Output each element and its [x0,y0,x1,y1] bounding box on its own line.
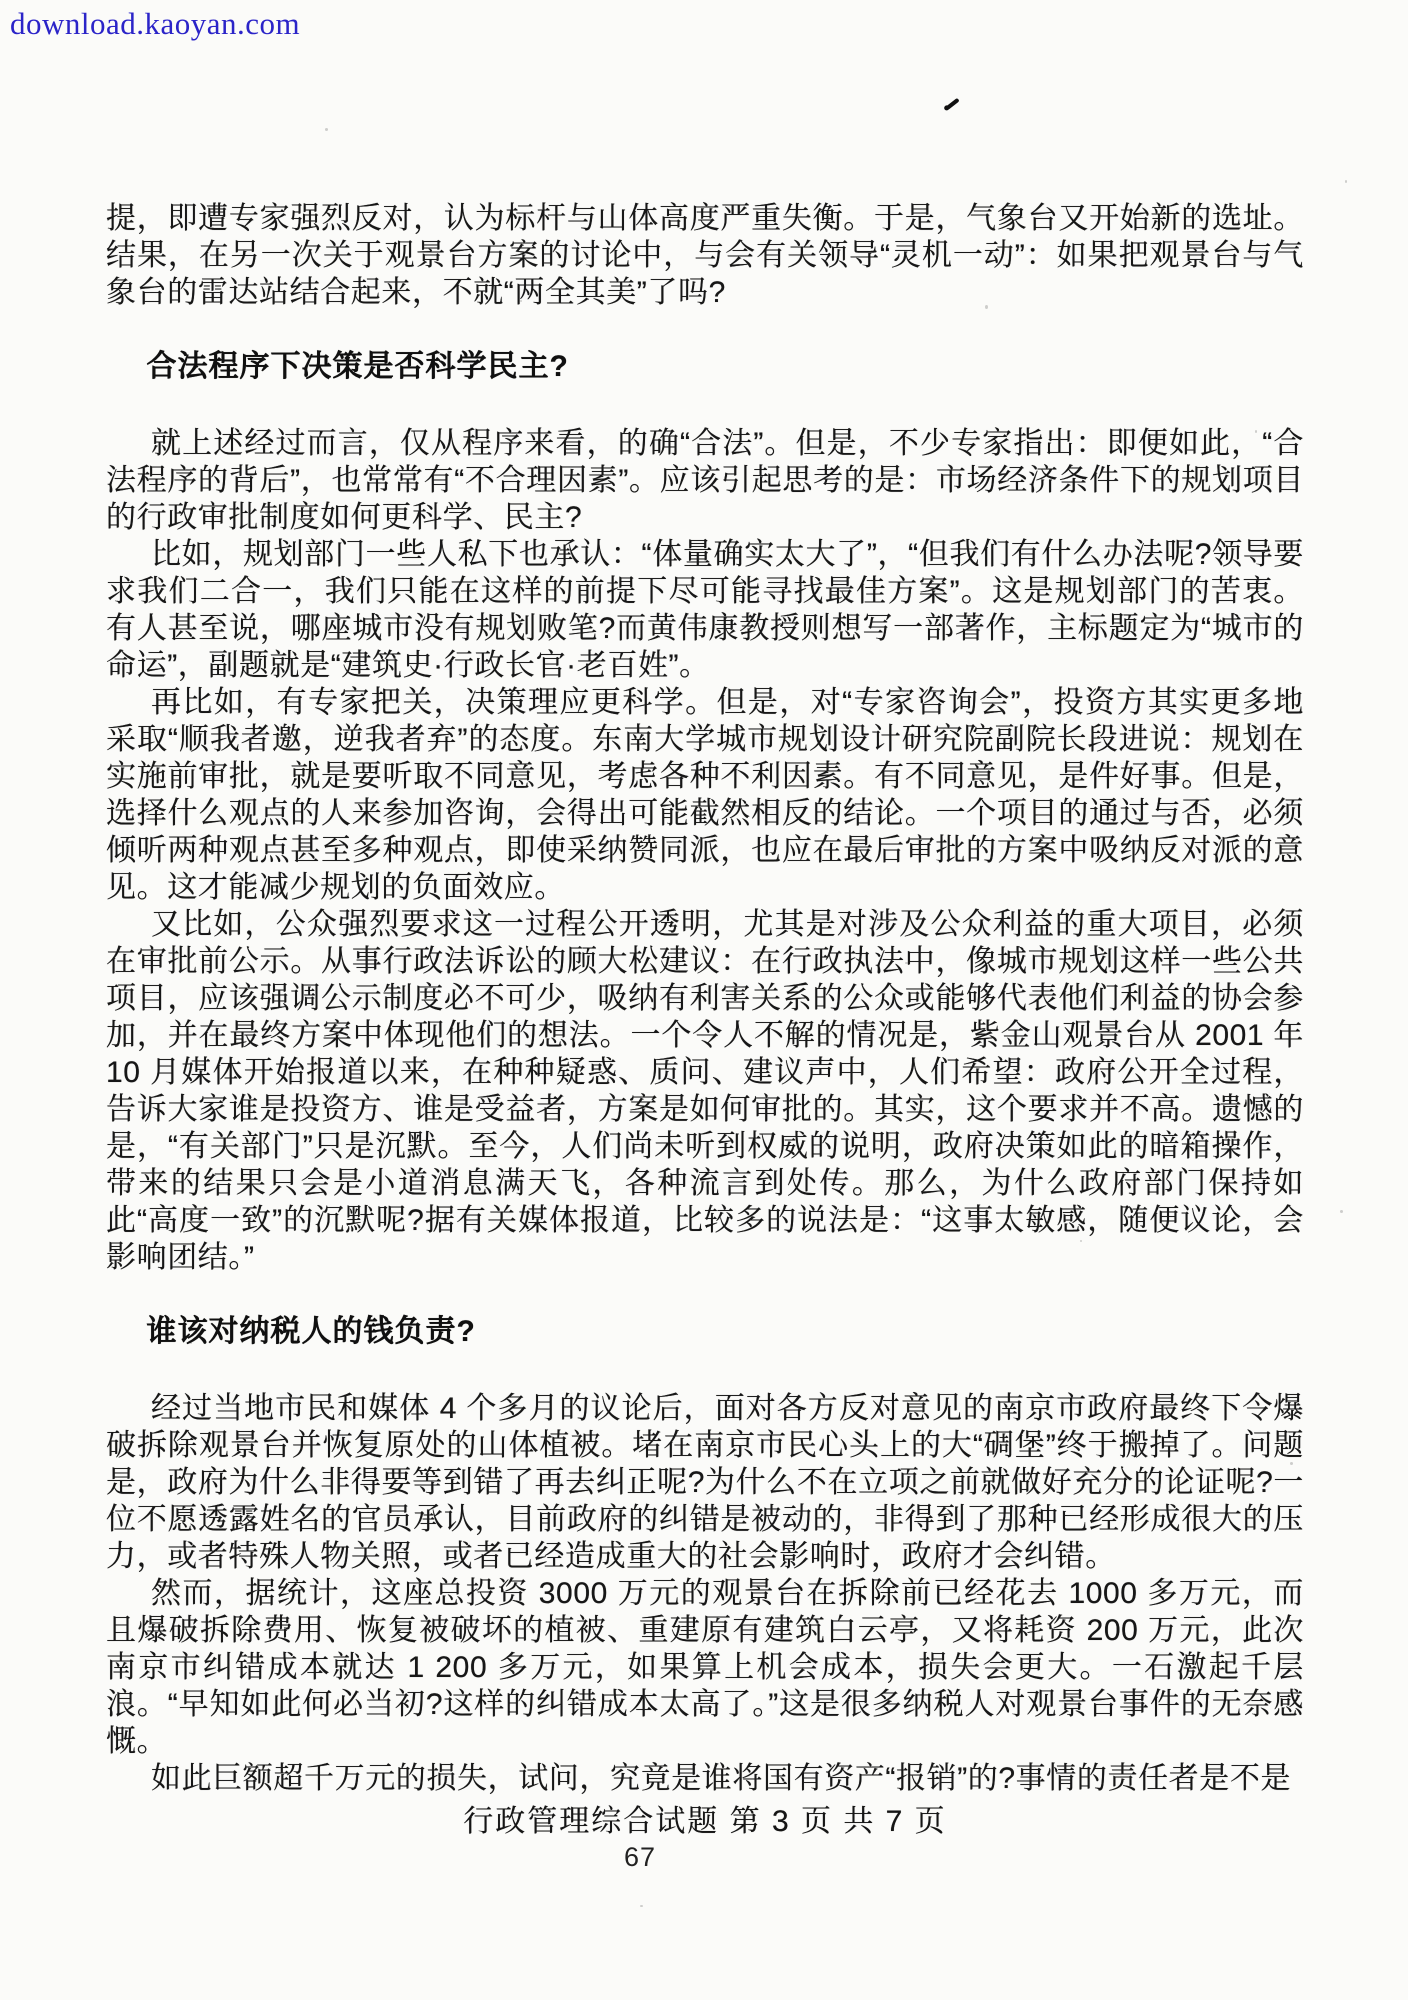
body-paragraph: 比如，规划部门一些人私下也承认：“体量确实太大了”，“但我们有什么办法呢?领导要… [106,536,1304,684]
body-paragraph: 经过当地市民和媒体 4 个多月的议论后，面对各方反对意见的南京市政府最终下令爆破… [106,1390,1304,1575]
scan-speck [640,1905,643,1907]
scan-speck [1340,1210,1343,1213]
body-paragraph: 提，即遭专家强烈反对，认为标杆与山体高度严重失衡。于是，气象台又开始新的选址。结… [106,200,1304,311]
body-paragraph: 如此巨额超千万元的损失，试问，究竟是谁将国有资产“报销”的?事情的责任者是不是 [106,1760,1304,1797]
scan-speck [1345,180,1347,183]
watermark-url: download.kaoyan.com [10,6,300,42]
scan-stray-mark [945,98,959,110]
scanned-document-page: download.kaoyan.com 提，即遭专家强烈反对，认为标杆与山体高度… [0,0,1408,2000]
body-paragraph: 又比如，公众强烈要求这一过程公开透明，尤其是对涉及公众利益的重大项目，必须在审批… [106,906,1304,1276]
body-paragraph: 就上述经过而言，仅从程序来看，的确“合法”。但是，不少专家指出：即便如此，“合法… [106,425,1304,536]
section-heading: 合法程序下决策是否科学民主? [106,348,1304,385]
scan-speck [325,128,328,131]
section-heading: 谁该对纳税人的钱负责? [106,1313,1304,1350]
body-paragraph: 再比如，有专家把关，决策理应更科学。但是，对“专家咨询会”，投资方其实更多地采取… [106,684,1304,906]
document-footer: 行政管理综合试题 第 3 页 共 7 页 [106,1803,1304,1840]
document-body: 提，即遭专家强烈反对，认为标杆与山体高度严重失衡。于是，气象台又开始新的选址。结… [106,200,1304,1840]
book-page-number: 67 [624,1842,656,1873]
body-paragraph: 然而，据统计，这座总投资 3000 万元的观景台在拆除前已经花去 1000 多万… [106,1575,1304,1760]
